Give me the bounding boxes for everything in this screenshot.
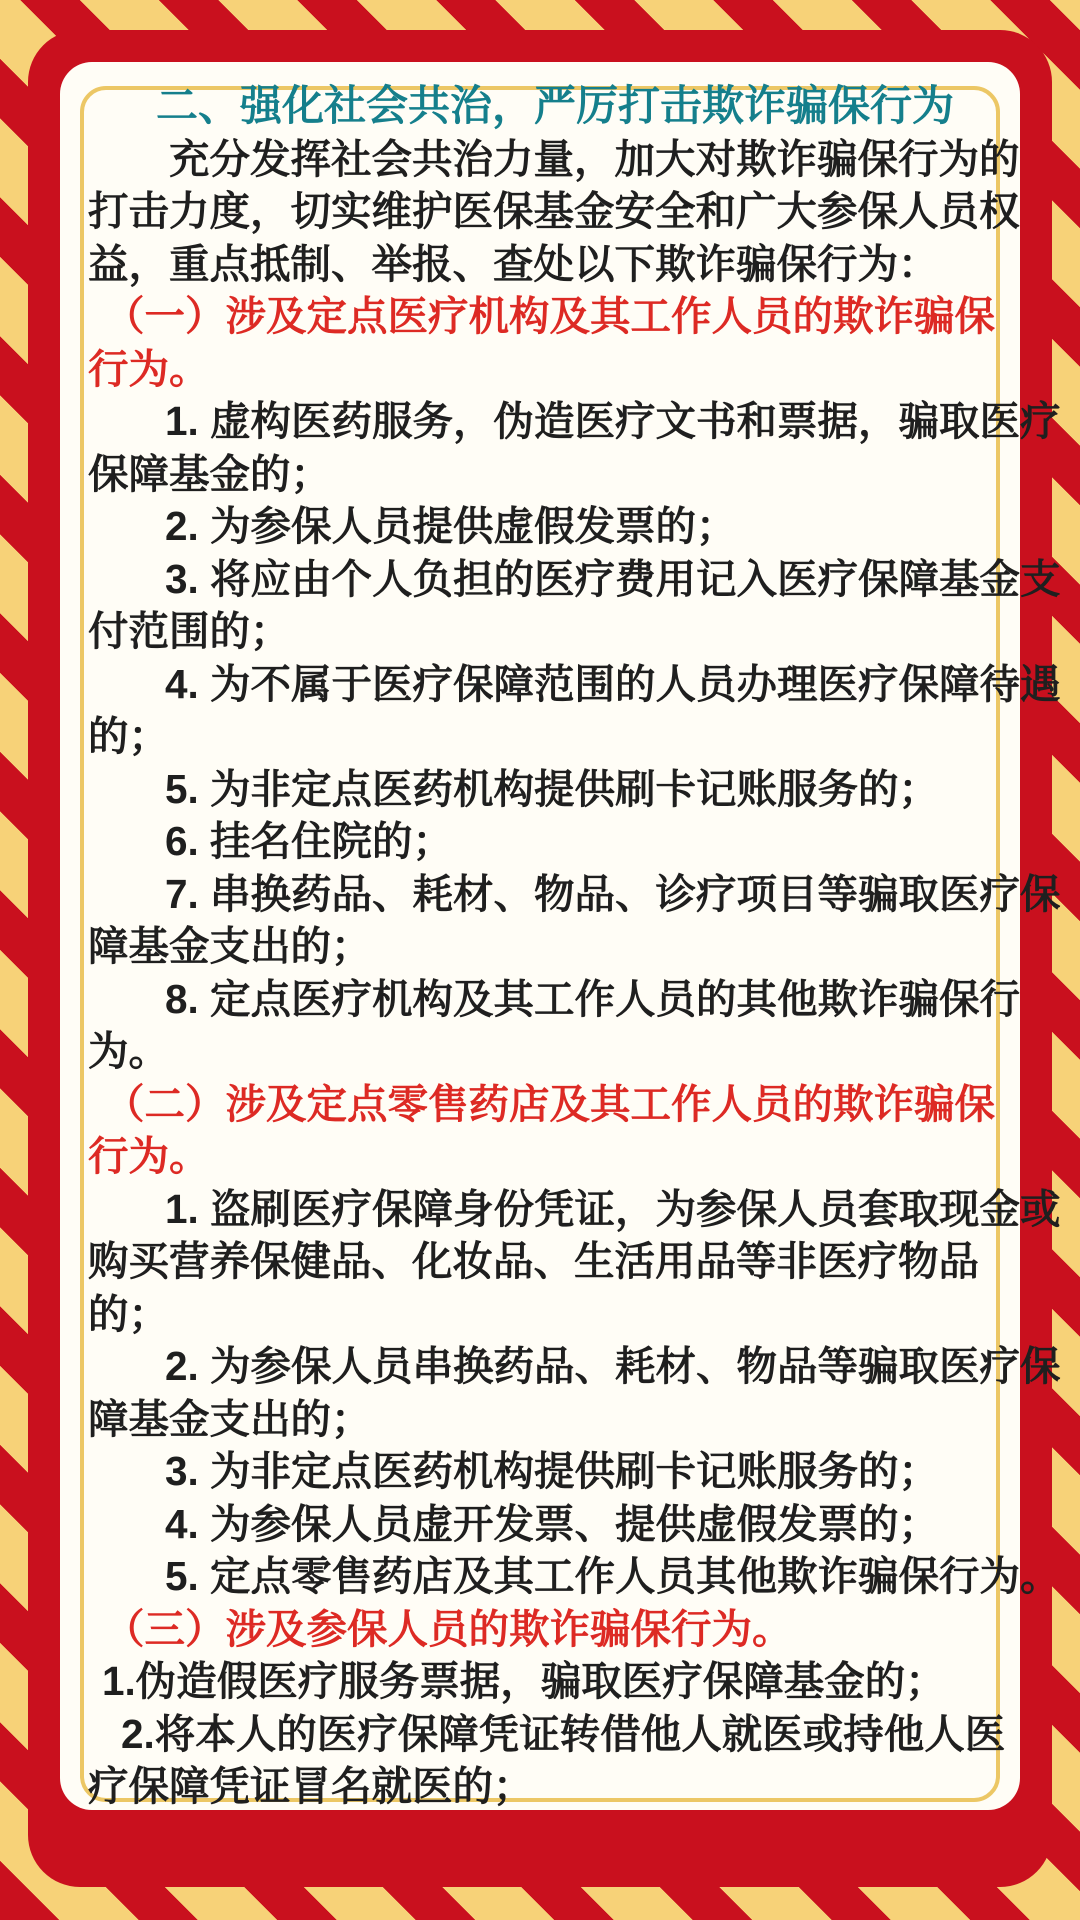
text-line: 购买营养保健品、化妆品、生活用品等非医疗物品 (88, 1235, 1022, 1288)
text-line: 的； (88, 1288, 1022, 1341)
text-line: 1. 盗刷医疗保障身份凭证，为参保人员套取现金或 (88, 1183, 1022, 1236)
text-line: 充分发挥社会共治力量，加大对欺诈骗保行为的 (88, 133, 1022, 186)
section-heading-line: 行为。 (88, 343, 1022, 396)
section-heading-line: （三）涉及参保人员的欺诈骗保行为。 (88, 1603, 1022, 1656)
text-line: 5. 定点零售药店及其工作人员其他欺诈骗保行为。 (88, 1550, 1022, 1603)
text-line: 3. 为非定点医药机构提供刷卡记账服务的； (88, 1445, 1022, 1498)
section-heading-line: （二）涉及定点零售药店及其工作人员的欺诈骗保 (88, 1078, 1022, 1131)
text-line: 障基金支出的； (88, 920, 1022, 973)
text-line: 8. 定点医疗机构及其工作人员的其他欺诈骗保行 (88, 973, 1022, 1026)
text-line: 5. 为非定点医药机构提供刷卡记账服务的； (88, 763, 1022, 816)
text-line: 付范围的； (88, 605, 1022, 658)
poster-title: 二、强化社会共治，严厉打击欺诈骗保行为 (88, 80, 1022, 133)
text-line: 2. 为参保人员串换药品、耗材、物品等骗取医疗保 (88, 1340, 1022, 1393)
text-line: 2. 为参保人员提供虚假发票的； (88, 500, 1022, 553)
section-heading-line: （一）涉及定点医疗机构及其工作人员的欺诈骗保 (88, 290, 1022, 343)
text-line: 4. 为参保人员虚开发票、提供虚假发票的； (88, 1498, 1022, 1551)
text-line: 7. 串换药品、耗材、物品、诊疗项目等骗取医疗保 (88, 868, 1022, 921)
text-line: 为。 (88, 1025, 1022, 1078)
text-line: 保障基金的； (88, 448, 1022, 501)
poster-canvas: 二、强化社会共治，严厉打击欺诈骗保行为充分发挥社会共治力量，加大对欺诈骗保行为的… (0, 0, 1080, 1920)
text-line: 障基金支出的； (88, 1393, 1022, 1446)
text-line: 打击力度，切实维护医保基金安全和广大参保人员权 (88, 185, 1022, 238)
text-line: 益，重点抵制、举报、查处以下欺诈骗保行为： (88, 238, 1022, 291)
text-line: 2.将本人的医疗保障凭证转借他人就医或持他人医 (88, 1708, 1022, 1761)
section-heading-line: 行为。 (88, 1130, 1022, 1183)
text-line: 的； (88, 710, 1022, 763)
text-line: 1.伪造假医疗服务票据，骗取医疗保障基金的； (88, 1655, 1022, 1708)
text-line: 疗保障凭证冒名就医的； (88, 1760, 1022, 1813)
text-line: 3. 将应由个人负担的医疗费用记入医疗保障基金支 (88, 553, 1022, 606)
text-line: 4. 为不属于医疗保障范围的人员办理医疗保障待遇 (88, 658, 1022, 711)
text-line: 6. 挂名住院的； (88, 815, 1022, 868)
text-block: 二、强化社会共治，严厉打击欺诈骗保行为充分发挥社会共治力量，加大对欺诈骗保行为的… (88, 80, 1022, 1813)
text-line: 1. 虚构医药服务，伪造医疗文书和票据，骗取医疗 (88, 395, 1022, 448)
